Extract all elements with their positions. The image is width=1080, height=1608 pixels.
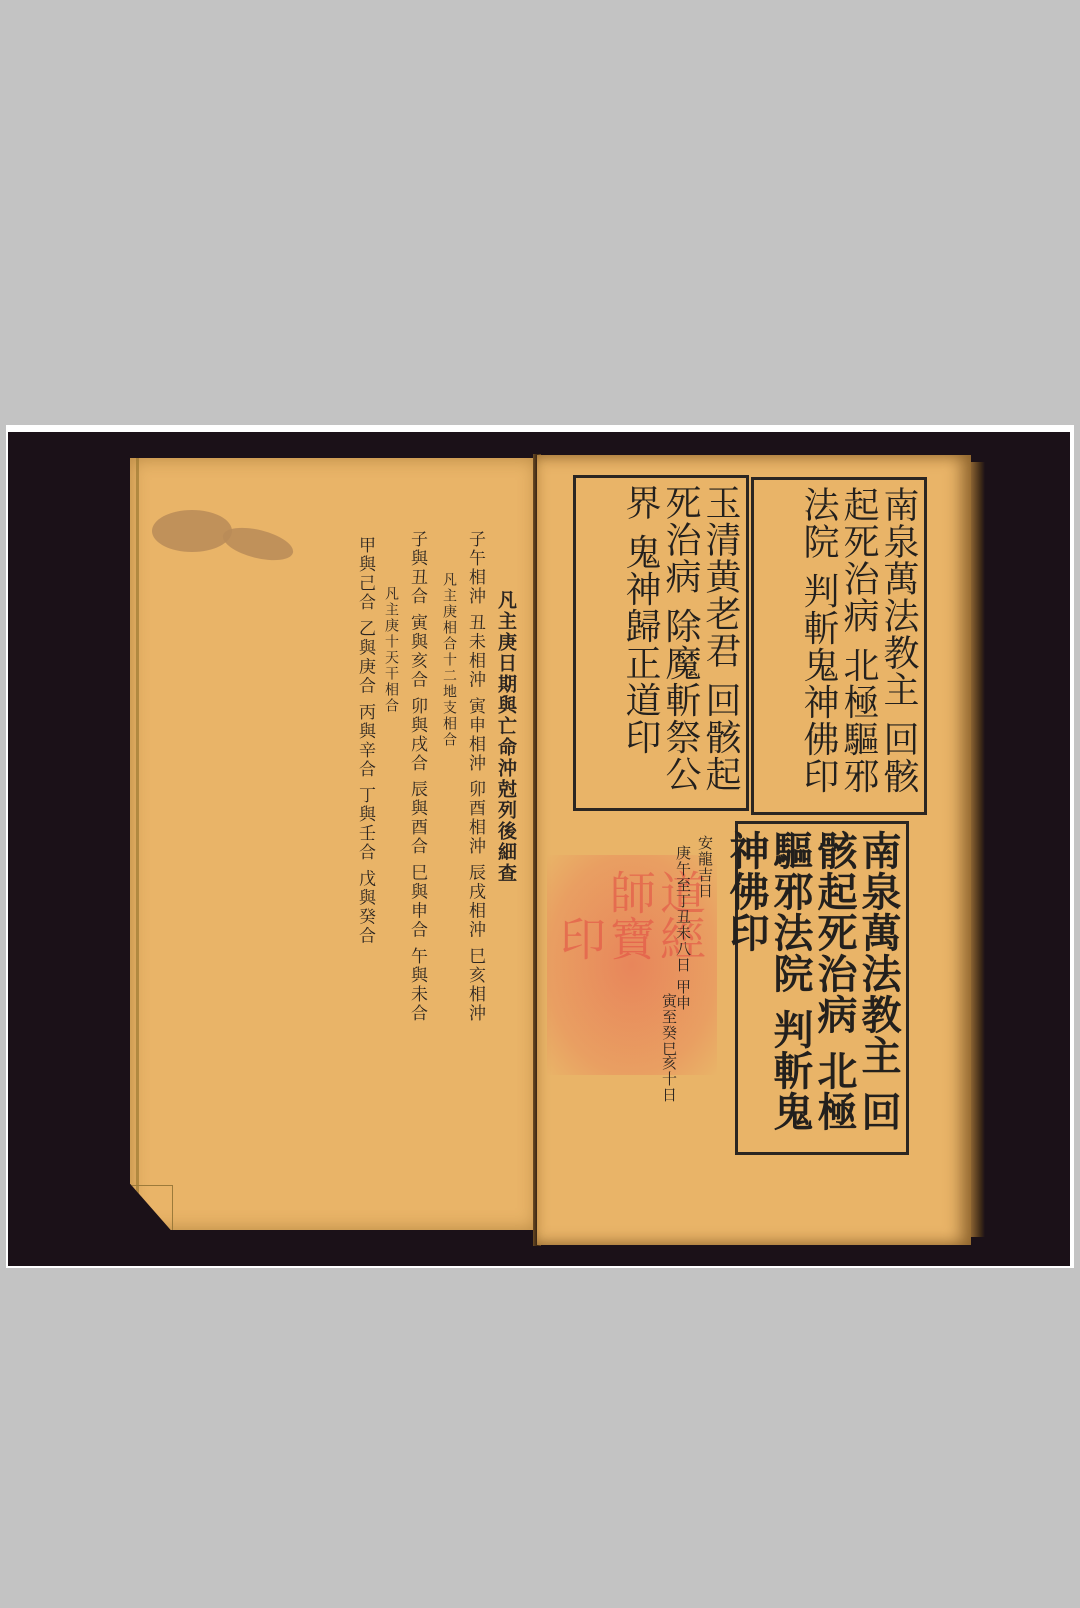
red-seal-col-2: 師寶 [605,869,655,961]
text-column-note-tiangan: 凡主庚十天干相合 [384,586,398,714]
seal-col: 南泉萬法教主 [855,830,902,1076]
seal-col: 玉清黄老君 [700,484,741,669]
text-column-note-dizhi: 凡主庚相合十二地支相合 [442,572,456,748]
stain-large [152,510,232,552]
stain-tail [220,522,297,567]
red-seal-col-3: 印 [555,915,605,961]
seal-bottom-right: 南泉萬法教主 回骸起死治病 北極驅邪法院 判斬鬼神佛印 [735,821,909,1155]
text-column-tiangan-he: 甲與己合 乙與庚合 丙與辛合 丁與壬合 戊與癸合 [356,536,373,946]
seal-col: 判斬鬼神佛印 [798,572,839,794]
page-stack-edge [971,462,985,1237]
seal-bottom-right-text: 南泉萬法教主 回骸起死治病 北極驅邪法院 判斬鬼神佛印 [744,830,900,1146]
image-frame: 凡主庚日期與亡命沖尅列後細查 子午相沖 丑未相沖 寅申相沖 卯酉相沖 辰戌相沖 … [6,425,1074,1268]
seal-top-left: 玉清黄老君 回骸起死治病 除魔斬祭公界 鬼神歸正道印 [573,475,749,811]
date-note-col-4: 寅至癸巳 [661,993,676,1057]
text-column-chong: 子午相沖 丑未相沖 寅申相沖 卯酉相沖 辰戌相沖 巳亥相沖 [466,530,483,1023]
date-note-col-2: 庚午至丁丑 [675,845,690,925]
text-column-dizhi-he: 子與丑合 寅與亥合 卯與戌合 辰與酉合 巳與申合 午與未合 [408,530,425,1023]
seal-top-right-text: 南泉萬法教主 回骸起死治病 北極驅邪法院 判斬鬼神佛印 [760,486,918,806]
text-column-heading: 凡主庚日期與亡命沖尅列後細查 [496,590,515,884]
seal-col: 鬼神歸正道印 [620,533,661,755]
right-page: 道經 師寶 印 玉清黄老君 回骸起死治病 除魔斬祭公界 鬼神歸正道印 南泉萬法教… [537,455,971,1245]
seal-top-right: 南泉萬法教主 回骸起死治病 北極驅邪法院 判斬鬼神佛印 [751,477,927,815]
folded-corner [130,1185,173,1230]
left-page: 凡主庚日期與亡命沖尅列後細查 子午相沖 丑未相沖 寅申相沖 卯酉相沖 辰戌相沖 … [130,458,537,1230]
seal-top-left-text: 玉清黄老君 回骸起死治病 除魔斬祭公界 鬼神歸正道印 [582,484,740,802]
date-note-col-5: 亥十日 [661,1055,676,1103]
date-note-col-1: 安龍吉日 [697,835,712,899]
scan-photo: 凡主庚日期與亡命沖尅列後細查 子午相沖 丑未相沖 寅申相沖 卯酉相沖 辰戌相沖 … [8,432,1070,1266]
seal-col: 南泉萬法教主 [878,486,919,708]
